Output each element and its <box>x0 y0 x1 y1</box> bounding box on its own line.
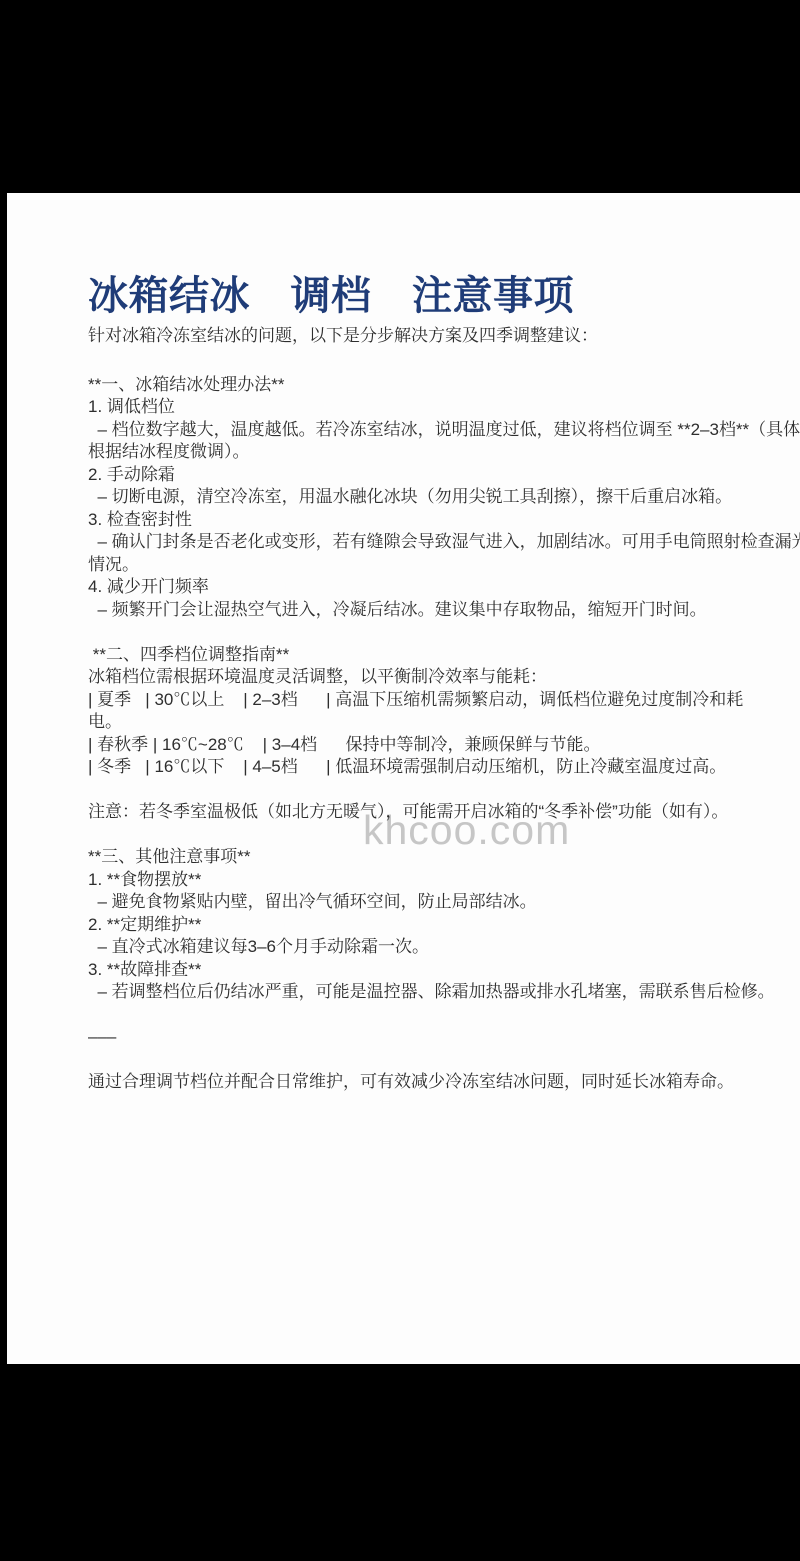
text-line: 根据结冰程度微调）。 <box>88 441 774 464</box>
text-line: **二、四季档位调整指南** <box>88 644 774 667</box>
text-line: 电。 <box>88 711 774 734</box>
text-line <box>88 1049 774 1072</box>
letterbox-bottom <box>0 1364 800 1561</box>
text-line: 1. 调低档位 <box>88 396 774 419</box>
text-line: – 确认门封条是否老化或变形，若有缝隙会导致湿气进入，加剧结冰。可用手电筒照射检… <box>88 531 774 554</box>
text-line <box>88 1004 774 1027</box>
document-body: 冰箱结冰 调档 注意事项 针对冰箱冷冻室结冰的问题，以下是分步解决方案及四季调整… <box>7 193 800 1094</box>
document-lines: **一、冰箱结冰处理办法**1. 调低档位 – 档位数字越大，温度越低。若冷冻室… <box>88 351 774 1094</box>
text-line: 3. **故障排查** <box>88 959 774 982</box>
text-line: – 频繁开门会让湿热空气进入，冷凝后结冰。建议集中存取物品，缩短开门时间。 <box>88 599 774 622</box>
text-line: 4. 减少开门频率 <box>88 576 774 599</box>
text-line: – 若调整档位后仍结冰严重，可能是温控器、除霜加热器或排水孔堵塞，需联系售后检修… <box>88 981 774 1004</box>
text-line: – 档位数字越大，温度越低。若冷冻室结冰，说明温度过低，建议将档位调至 **2–… <box>88 419 774 442</box>
page-subtitle: 针对冰箱冷冻室结冰的问题，以下是分步解决方案及四季调整建议： <box>88 324 774 347</box>
text-line <box>88 824 774 847</box>
text-line: – 切断电源，清空冷冻室，用温水融化冰块（勿用尖锐工具刮擦），擦干后重启冰箱。 <box>88 486 774 509</box>
text-line: | 春秋季 | 16℃~28℃ | 3–4档 保持中等制冷，兼顾保鲜与节能。 <box>88 734 774 757</box>
screenshot-root: { "document": { "title": "冰箱结冰 调档 注意事项",… <box>0 0 800 1561</box>
text-line: 注意：若冬季室温极低（如北方无暖气），可能需开启冰箱的“冬季补偿”功能（如有）。 <box>88 801 774 824</box>
document-page: khcoo.com 冰箱结冰 调档 注意事项 针对冰箱冷冻室结冰的问题，以下是分… <box>7 193 800 1364</box>
text-line: 2. 手动除霜 <box>88 464 774 487</box>
page-title: 冰箱结冰 调档 注意事项 <box>88 273 774 319</box>
text-line: **一、冰箱结冰处理办法** <box>88 374 774 397</box>
text-line: – 直冷式冰箱建议每3–6个月手动除霜一次。 <box>88 936 774 959</box>
text-line: | 冬季 | 16℃以下 | 4–5档 | 低温环境需强制启动压缩机，防止冷藏室… <box>88 756 774 779</box>
text-line <box>88 621 774 644</box>
text-line: 2. **定期维护** <box>88 914 774 937</box>
text-line: – 避免食物紧贴内壁，留出冷气循环空间，防止局部结冰。 <box>88 891 774 914</box>
letterbox-top <box>0 0 800 193</box>
text-line: **三、其他注意事项** <box>88 846 774 869</box>
text-line: 冰箱档位需根据环境温度灵活调整，以平衡制冷效率与能耗： <box>88 666 774 689</box>
text-line <box>88 779 774 802</box>
text-line: 情况。 <box>88 554 774 577</box>
text-line <box>88 351 774 374</box>
text-line: 3. 检查密封性 <box>88 509 774 532</box>
text-line: | 夏季 | 30℃以上 | 2–3档 | 高温下压缩机需频繁启动，调低档位避免… <box>88 689 774 712</box>
text-line: 1. **食物摆放** <box>88 869 774 892</box>
text-line: 通过合理调节档位并配合日常维护，可有效减少冷冻室结冰问题，同时延长冰箱寿命。 <box>88 1071 774 1094</box>
text-line: ––– <box>88 1026 774 1049</box>
